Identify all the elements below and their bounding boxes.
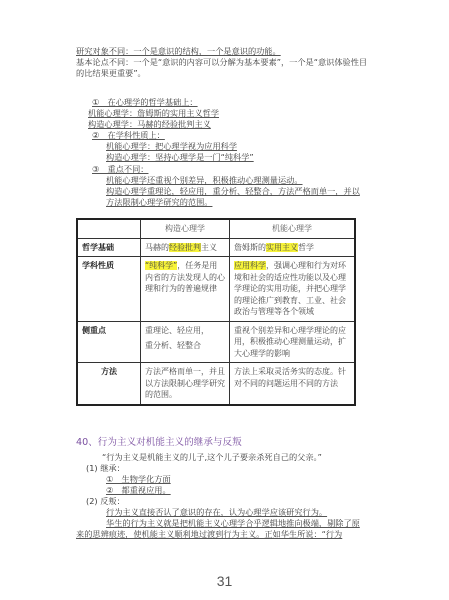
point-2-functional: 机能心理学：把心理学视为应用科学: [106, 141, 237, 152]
point-3-structural-cont: 方法限制心理学研究的范围。: [106, 197, 212, 208]
section-quote: “行为主义是机能主义的儿子,这个儿子要亲杀死自己的父亲。”: [102, 452, 322, 463]
cell-functional-method: 方法上采取灵活务实的态度。针对不同的问题运用不同的方法: [230, 363, 356, 405]
rebel-line-3: 来的思辨痕迹，使机能主义顺利地过渡到行为主义。正如华生所说：“行为: [76, 529, 342, 540]
row-label-emphasis: 侧重点: [77, 321, 141, 363]
cell-structural-emphasis: 重理论、轻应用，重分析、轻整合: [141, 321, 230, 363]
highlight: 实用主义: [266, 243, 298, 252]
point-1-heading: ① 在心理学的哲学基础上：: [92, 97, 198, 108]
table-header-structural: 构造心理学: [141, 219, 230, 238]
section-heading: 40、行为主义对机能主义的继承与反叛: [76, 434, 242, 448]
point-3-structural: 构造心理学重理论，轻应用，重分析、轻整合，方法严格而单一，并以: [106, 186, 360, 197]
intro-line-research-object: 研究对象不同：一个是意识的结构，一个是意识的功能。: [76, 46, 281, 57]
cell-functional-emphasis: 重视个别差异和心理学理论的应用，积极推动心理测量运动，扩大心理学的影响: [230, 321, 356, 363]
cell-functional-philosophy: 詹姆斯的实用主义哲学: [230, 238, 356, 257]
inherit-heading: (1) 继承：: [86, 463, 125, 474]
table-header-functional: 机能心理学: [230, 219, 356, 238]
table-row: 方法 方法严格而单一，并且以方法限制心理学研究的范围。 方法上采取灵活务实的态度…: [77, 363, 355, 405]
table-header-blank: [77, 219, 141, 238]
intro-line-continuation: 的比结果更重要”。: [76, 68, 146, 79]
highlight: 应用科学: [234, 261, 266, 270]
row-label-method: 方法: [77, 363, 141, 405]
table-row: 学科性质 “纯科学”，任务是用内省的方法发现人的心理和行为的普遍规律 应用科学，…: [77, 257, 355, 322]
point-2-structural: 构造心理学：坚持心理学是一门“纯科学”: [106, 152, 254, 163]
point-2-heading: ② 在学科性质上：: [92, 130, 165, 141]
row-label-discipline: 学科性质: [77, 257, 141, 322]
page-number: 31: [0, 573, 449, 589]
point-1-structural: 构造心理学：马赫的经验批判主义: [88, 119, 211, 130]
inherit-item-1: ① 生物学化方面: [106, 474, 171, 485]
cell-structural-method: 方法严格而单一，并且以方法限制心理学研究的范围。: [141, 363, 230, 405]
point-1-functional: 机能心理学：詹姆斯的实用主义哲学: [88, 108, 219, 119]
row-label-philosophy: 哲学基础: [77, 238, 141, 257]
rebel-line-1: 行为主义直接否认了意识的存在，认为心理学应该研究行为。: [106, 507, 327, 518]
comparison-table: 构造心理学 机能心理学 哲学基础 马赫的经验批判主义 詹姆斯的实用主义哲学 学科…: [76, 218, 356, 406]
table-row: 侧重点 重理论、轻应用，重分析、轻整合 重视个别差异和心理学理论的应用，积极推动…: [77, 321, 355, 363]
highlight: 经验批判: [169, 243, 201, 252]
cell-structural-philosophy: 马赫的经验批判主义: [141, 238, 230, 257]
cell-functional-discipline: 应用科学，强调心理和行为对环境和社会的适应性功能以及心理学理论的实用功能，并把心…: [230, 257, 356, 322]
highlight: “纯科学”: [145, 261, 177, 270]
intro-line-basic-argument: 基本论点不同：一个是“意识的内容可以分解为基本要素”，一个是“意识体验性目: [76, 57, 367, 68]
rebel-line-2: 华生的行为主义就是把机能主义心理学合乎逻辑地推向极端，剔除了原: [106, 518, 360, 529]
cell-structural-discipline: “纯科学”，任务是用内省的方法发现人的心理和行为的普遍规律: [141, 257, 230, 322]
rebel-heading: (2) 反叛：: [86, 496, 125, 507]
inherit-item-2: ② 都重视应用。: [106, 485, 171, 496]
table-row: 哲学基础 马赫的经验批判主义 詹姆斯的实用主义哲学: [77, 238, 355, 257]
table-header-row: 构造心理学 机能心理学: [77, 219, 355, 238]
document-page: 研究对象不同：一个是意识的结构，一个是意识的功能。 基本论点不同：一个是“意识的…: [0, 0, 449, 600]
point-3-heading: ③ 重点不同：: [92, 164, 148, 175]
point-3-functional: 机能心理学还重视个别差异，积极推动心理测量运动。: [106, 175, 303, 186]
